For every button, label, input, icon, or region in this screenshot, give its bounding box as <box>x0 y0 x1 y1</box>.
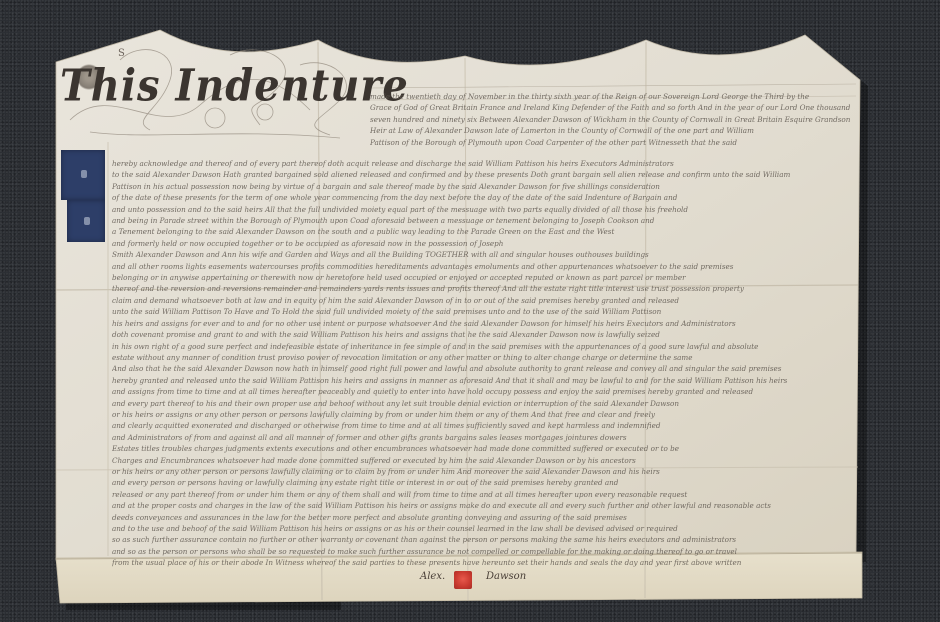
text-line: and so as the person or persons who shal… <box>112 546 852 557</box>
text-line: claim and demand whatsoever both at law … <box>112 295 852 306</box>
text-line: and to the use and behoof of the said Wi… <box>112 523 852 534</box>
text-line: And also that he the said Alexander Daws… <box>112 363 852 374</box>
text-line: and clearly acquitted exonerated and dis… <box>112 420 852 431</box>
text-line: seven hundred and ninety six Between Ale… <box>370 114 850 125</box>
text-line: and every part thereof to his and their … <box>112 398 852 409</box>
text-line: in his own right of a good sure perfect … <box>112 341 852 352</box>
text-line: Smith Alexander Dawson and Ann his wife … <box>112 249 852 260</box>
text-line: and every person or persons having or la… <box>112 477 852 488</box>
text-line: or his heirs or assigns or any other per… <box>112 409 852 420</box>
text-line: a Tenement belonging to the said Alexand… <box>112 226 852 237</box>
text-line: and at the proper costs and charges in t… <box>112 500 852 511</box>
text-line: of the date of these presents for the te… <box>112 192 852 203</box>
wax-seal-icon <box>454 571 472 589</box>
text-line: hereby acknowledge and thereof and of ev… <box>112 158 852 169</box>
text-line: or his heirs or any other person or pers… <box>112 466 852 477</box>
text-line: and Administrators of from and against a… <box>112 432 852 443</box>
text-line: Heir at Law of Alexander Dawson late of … <box>370 125 850 136</box>
tax-stamp-icon <box>61 150 105 200</box>
text-line: Pattison in his actual possession now be… <box>112 181 852 192</box>
header-text-block: made the twentieth day of November in th… <box>370 91 850 148</box>
text-line: estate without any manner of condition t… <box>112 352 852 363</box>
text-line: so as such further assurance contain no … <box>112 534 852 545</box>
text-line: hereby granted and released unto the sai… <box>112 375 852 386</box>
text-line: to the said Alexander Dawson Hath grante… <box>112 169 852 180</box>
title-prefix: S <box>118 48 125 59</box>
text-line: Pattison of the Borough of Plymouth upon… <box>370 137 850 148</box>
text-line: Estates titles troubles charges judgment… <box>112 443 852 454</box>
text-line: thereof and the reversion and reversions… <box>112 283 852 294</box>
signature-name: Dawson <box>486 571 526 582</box>
text-line: his heirs and assigns for ever and to an… <box>112 318 852 329</box>
text-line: belonging or in anywise appertaining or … <box>112 272 852 283</box>
text-line: from the usual place of his or their abo… <box>112 557 852 568</box>
text-line: and unto possession and to the said heir… <box>112 204 852 215</box>
document-title: This Indenture <box>60 60 409 112</box>
text-line: Charges and Encumbrances whatsoever had … <box>112 455 852 466</box>
indenture-document: S This Indenture made the twentieth day … <box>0 0 940 622</box>
body-text-block: hereby acknowledge and thereof and of ev… <box>112 158 852 569</box>
text-line: and being in Parade street within the Bo… <box>112 215 852 226</box>
text-line: released or any part thereof from or und… <box>112 489 852 500</box>
text-line: doth covenant promise and grant to and w… <box>112 329 852 340</box>
text-line: made the twentieth day of November in th… <box>370 91 850 102</box>
text-line: deeds conveyances and assurances in the … <box>112 512 852 523</box>
signature-prefix: Alex. <box>420 571 445 582</box>
text-line: unto the said William Pattison To Have a… <box>112 306 852 317</box>
text-line: and all other rooms lights easements wat… <box>112 261 852 272</box>
text-line: and assigns from time to time and at all… <box>112 386 852 397</box>
text-line: and formerly held or now occupied togeth… <box>112 238 852 249</box>
text-line: Grace of God of Great Britain France and… <box>370 102 850 113</box>
tax-stamp-icon <box>67 200 105 242</box>
